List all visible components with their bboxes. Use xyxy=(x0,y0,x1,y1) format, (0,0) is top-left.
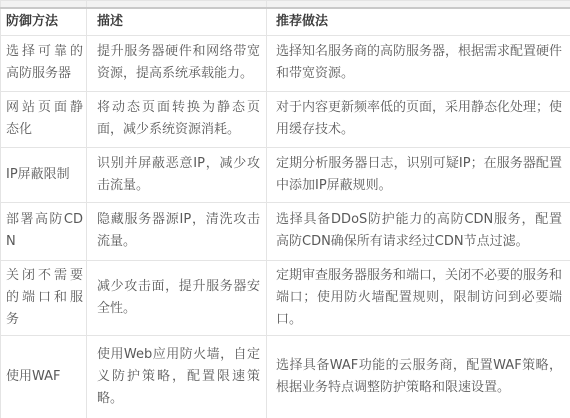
table-row: 选择可靠的高防服务器 提升服务器硬件和网络带宽资源，提高系统承载能力。 选择知名… xyxy=(1,35,570,91)
column-header-method: 防御方法 xyxy=(1,8,87,36)
recommendation-cell: 对于内容更新频率低的页面，采用静态化处理；使用缓存技术。 xyxy=(267,91,570,147)
recommendation-cell: 选择知名服务商的高防服务器，根据需求配置硬件和带宽资源。 xyxy=(267,35,570,91)
partial-cell xyxy=(1,1,87,8)
recommendation-cell: 定期审查服务器服务和端口，关闭不必要的服务和端口；使用防火墙配置规则，限制访问到… xyxy=(267,260,570,335)
method-cell: IP屏蔽限制 xyxy=(1,147,87,202)
recommendation-cell: 定期分析服务器日志，识别可疑IP；在服务器配置中添加IP屏蔽规则。 xyxy=(267,147,570,202)
description-cell: 减少攻击面，提升服务器安全性。 xyxy=(87,260,267,335)
description-cell: 隐藏服务器源IP，清洗攻击流量。 xyxy=(87,202,267,260)
description-cell: 识别并屏蔽恶意IP，减少攻击流量。 xyxy=(87,147,267,202)
table-row: 关闭不需要的端口和服务 减少攻击面，提升服务器安全性。 定期审查服务器服务和端口… xyxy=(1,260,570,335)
method-cell: 网站页面静态化 xyxy=(1,91,87,147)
method-cell: 关闭不需要的端口和服务 xyxy=(1,260,87,335)
page: 防御方法 描述 推荐做法 选择可靠的高防服务器 提升服务器硬件和网络带宽资源，提… xyxy=(0,0,570,418)
defense-methods-table: 防御方法 描述 推荐做法 选择可靠的高防服务器 提升服务器硬件和网络带宽资源，提… xyxy=(0,0,570,418)
table-row: 网站页面静态化 将动态页面转换为静态页面，减少系统资源消耗。 对于内容更新频率低… xyxy=(1,91,570,147)
description-cell: 使用Web应用防火墙，自定义防护策略，配置限速策略。 xyxy=(87,335,267,418)
recommendation-cell: 选择具备WAF功能的云服务商，配置WAF策略，根据业务特点调整防护策略和限速设置… xyxy=(267,335,570,418)
description-cell: 将动态页面转换为静态页面，减少系统资源消耗。 xyxy=(87,91,267,147)
table-row: 部署高防CDN 隐藏服务器源IP，清洗攻击流量。 选择具备DDoS防护能力的高防… xyxy=(1,202,570,260)
partial-row-top xyxy=(1,1,570,8)
header-row: 防御方法 描述 推荐做法 xyxy=(1,8,570,36)
column-header-recommendation: 推荐做法 xyxy=(267,8,570,36)
partial-cell xyxy=(87,1,267,8)
method-cell: 使用WAF xyxy=(1,335,87,418)
partial-cell xyxy=(267,1,570,8)
table-row: 使用WAF 使用Web应用防火墙，自定义防护策略，配置限速策略。 选择具备WAF… xyxy=(1,335,570,418)
recommendation-cell: 选择具备DDoS防护能力的高防CDN服务，配置高防CDN确保所有请求经过CDN节… xyxy=(267,202,570,260)
method-cell: 选择可靠的高防服务器 xyxy=(1,35,87,91)
column-header-description: 描述 xyxy=(87,8,267,36)
table-row: IP屏蔽限制 识别并屏蔽恶意IP，减少攻击流量。 定期分析服务器日志，识别可疑I… xyxy=(1,147,570,202)
method-cell: 部署高防CDN xyxy=(1,202,87,260)
description-cell: 提升服务器硬件和网络带宽资源，提高系统承载能力。 xyxy=(87,35,267,91)
